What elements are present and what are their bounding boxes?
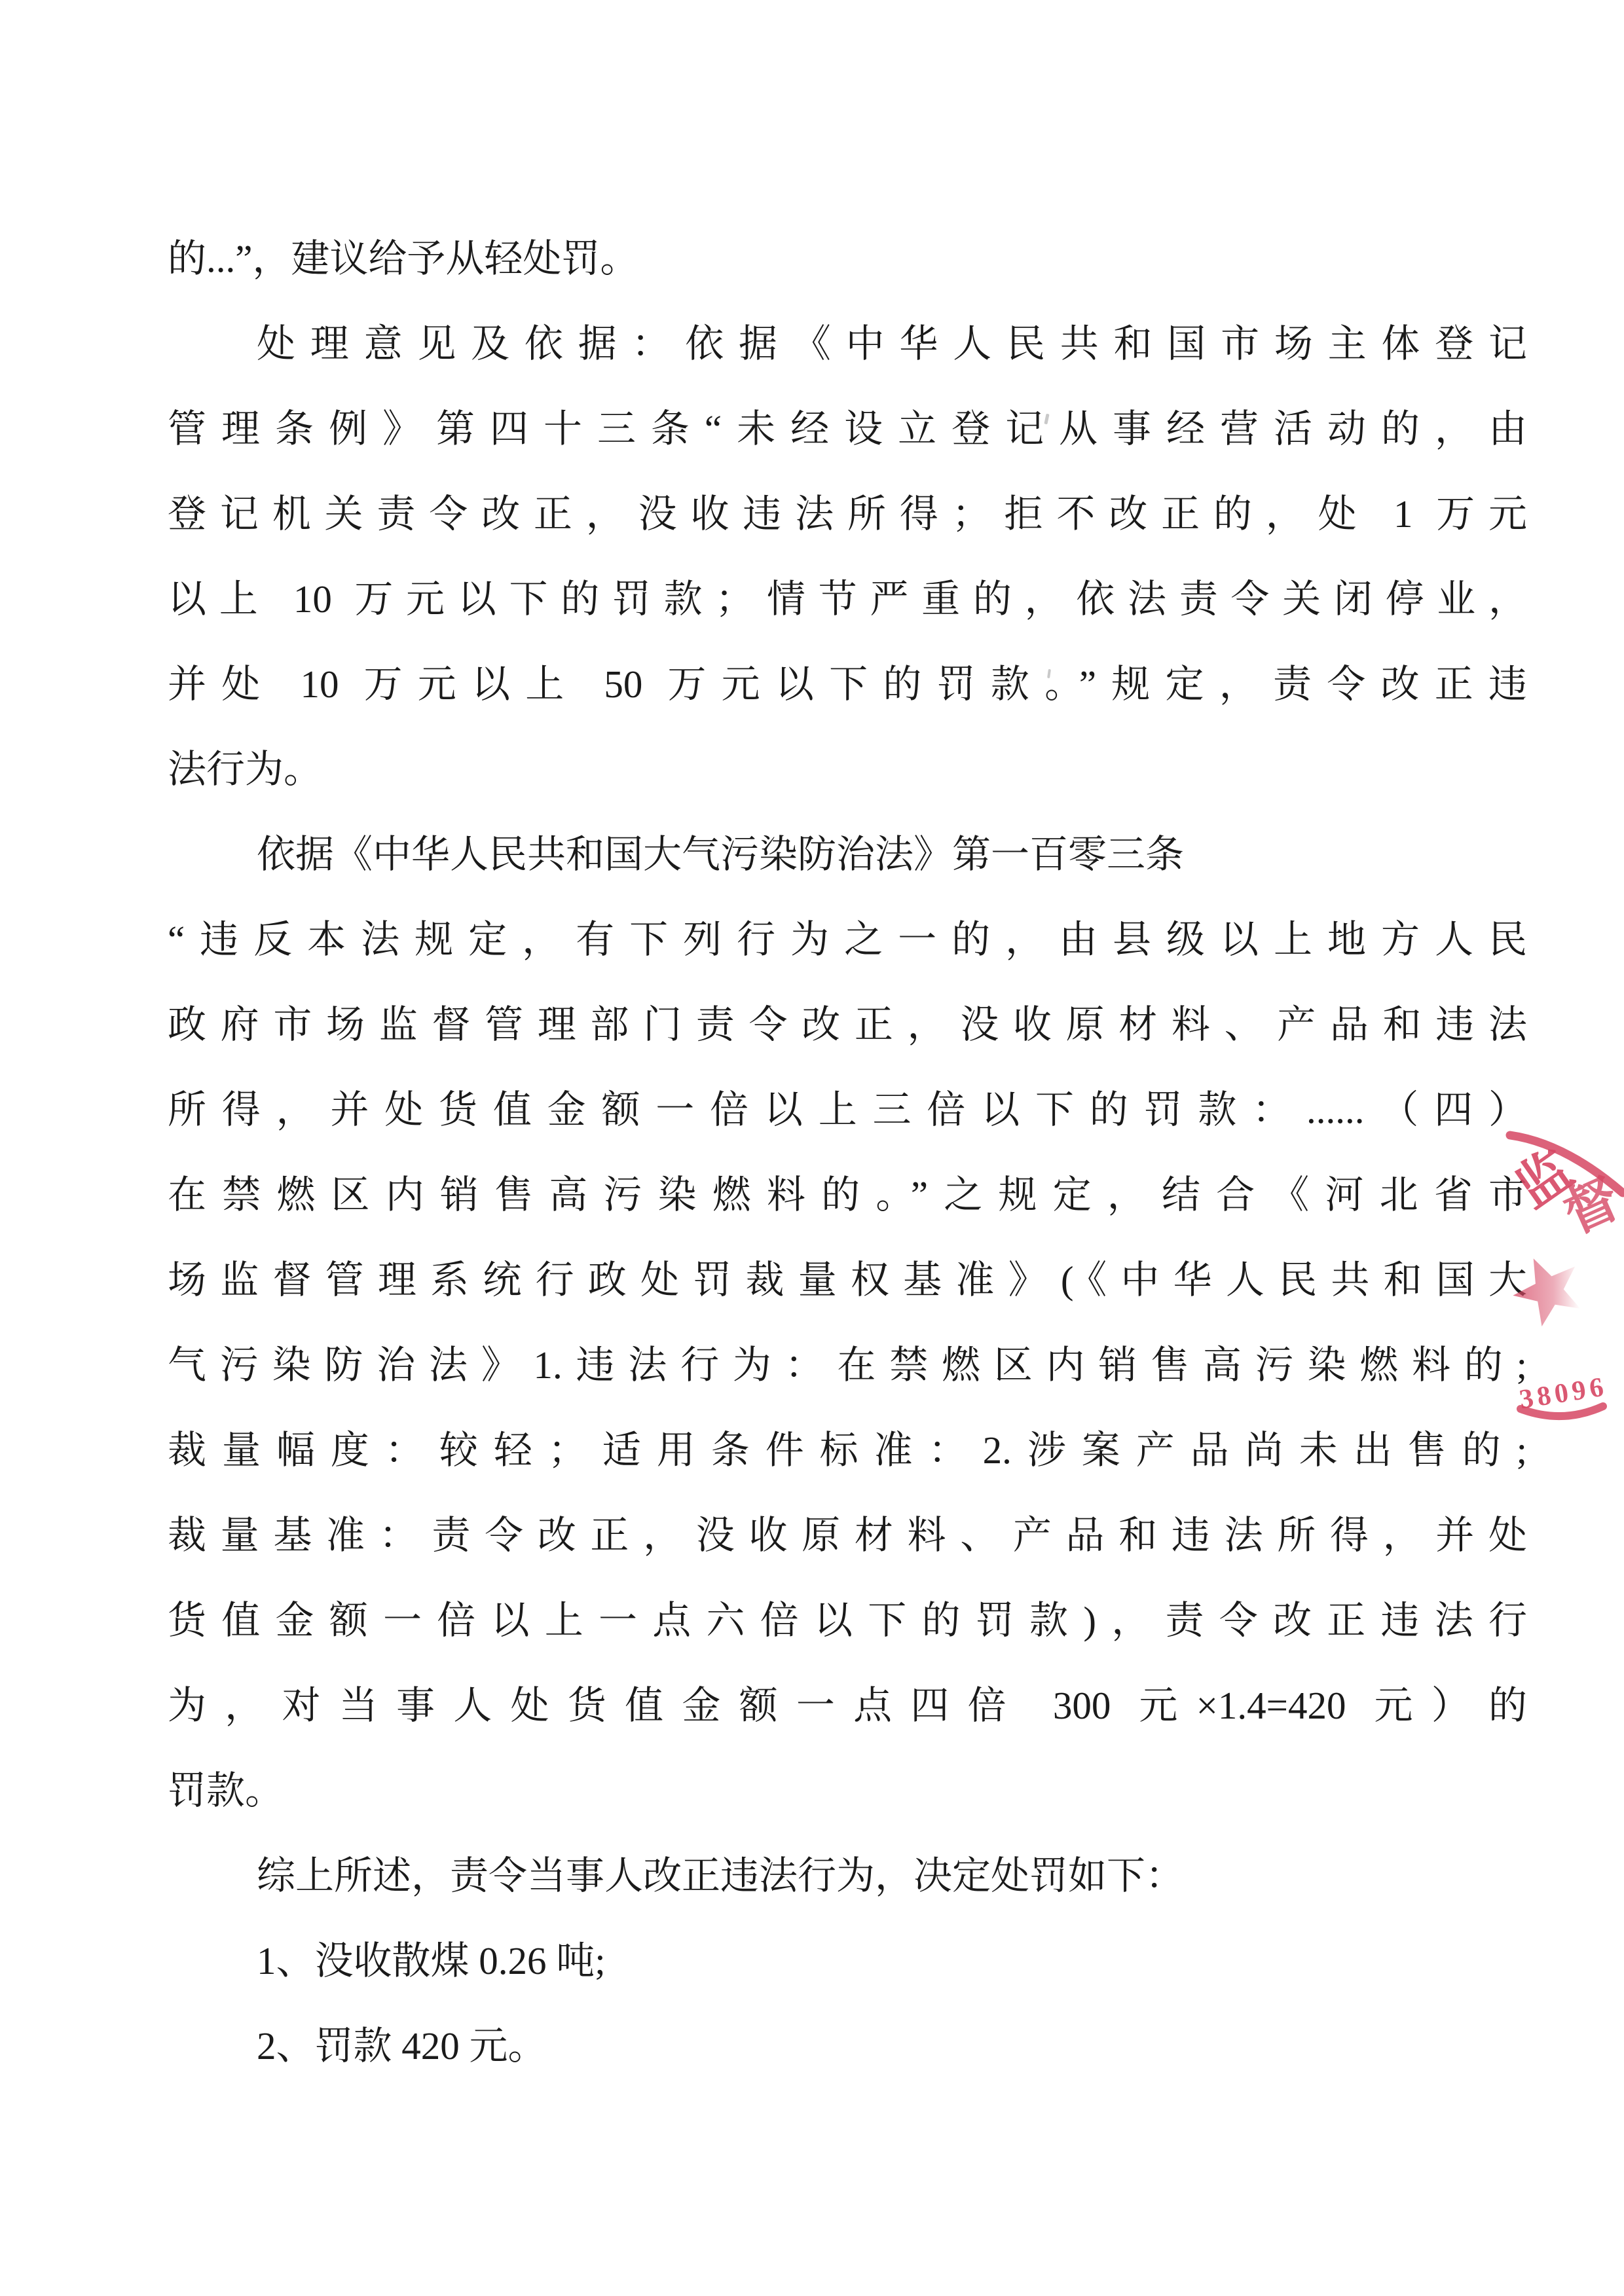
text-line: 以上 10 万元以下的罚款；情节严重的，依法责令关闭停业， bbox=[168, 556, 1527, 642]
text-line: 所得，并处货值金额一倍以上三倍以下的罚款：......（四） bbox=[168, 1067, 1527, 1152]
text-line: 综上所述，责令当事人改正违法行为，决定处罚如下： bbox=[168, 1833, 1527, 1918]
text-line: 政府市场监督管理部门责令改正，没收原材料、产品和违法 bbox=[168, 982, 1527, 1067]
text-line: 法行为。 bbox=[168, 727, 1527, 812]
text-line: 的...”，建议给予从轻处罚。 bbox=[168, 216, 1527, 301]
document-page: 的...”，建议给予从轻处罚。处理意见及依据：依据《中华人民共和国市场主体登记管… bbox=[0, 0, 1624, 2296]
text-line: 处理意见及依据：依据《中华人民共和国市场主体登记 bbox=[168, 301, 1527, 386]
text-line: 在禁燃区内销售高污染燃料的。”之规定，结合《河北省市 bbox=[168, 1152, 1527, 1237]
text-line: 气污染防治法》1.违法行为：在禁燃区内销售高污染燃料的; bbox=[168, 1322, 1527, 1408]
document-body: 的...”，建议给予从轻处罚。处理意见及依据：依据《中华人民共和国市场主体登记管… bbox=[168, 216, 1527, 2088]
text-line: 2、罚款 420 元。 bbox=[168, 2003, 1527, 2088]
text-line: 裁量基准：责令改正，没收原材料、产品和违法所得，并处 bbox=[168, 1493, 1527, 1578]
text-line: 裁量幅度：较轻；适用条件标准：2.涉案产品尚未出售的; bbox=[168, 1408, 1527, 1493]
official-seal-partial: 监 督 38096 bbox=[1486, 1113, 1624, 1519]
text-line: 登记机关责令改正，没收违法所得；拒不改正的，处 1 万元 bbox=[168, 471, 1527, 556]
text-line: 管理条例》第四十三条“未经设立登记从事经营活动的，由 bbox=[168, 386, 1527, 471]
text-line: 货值金额一倍以上一点六倍以下的罚款)，责令改正违法行 bbox=[168, 1578, 1527, 1663]
text-line: 场监督管理系统行政处罚裁量权基准》(《中华人民共和国大 bbox=[168, 1237, 1527, 1322]
text-line: 并处 10 万元以上 50 万元以下的罚款。”规定，责令改正违 bbox=[168, 642, 1527, 727]
text-line: “违反本法规定，有下列行为之一的，由县级以上地方人民 bbox=[168, 897, 1527, 982]
text-line: 1、没收散煤 0.26 吨; bbox=[168, 1918, 1527, 2003]
text-line: 罚款。 bbox=[168, 1748, 1527, 1833]
text-line: 依据《中华人民共和国大气污染防治法》第一百零三条 bbox=[168, 812, 1527, 897]
text-line: 为，对当事人处货值金额一点四倍 300 元×1.4=420 元）的 bbox=[168, 1663, 1527, 1748]
seal-star-icon bbox=[1513, 1258, 1580, 1326]
